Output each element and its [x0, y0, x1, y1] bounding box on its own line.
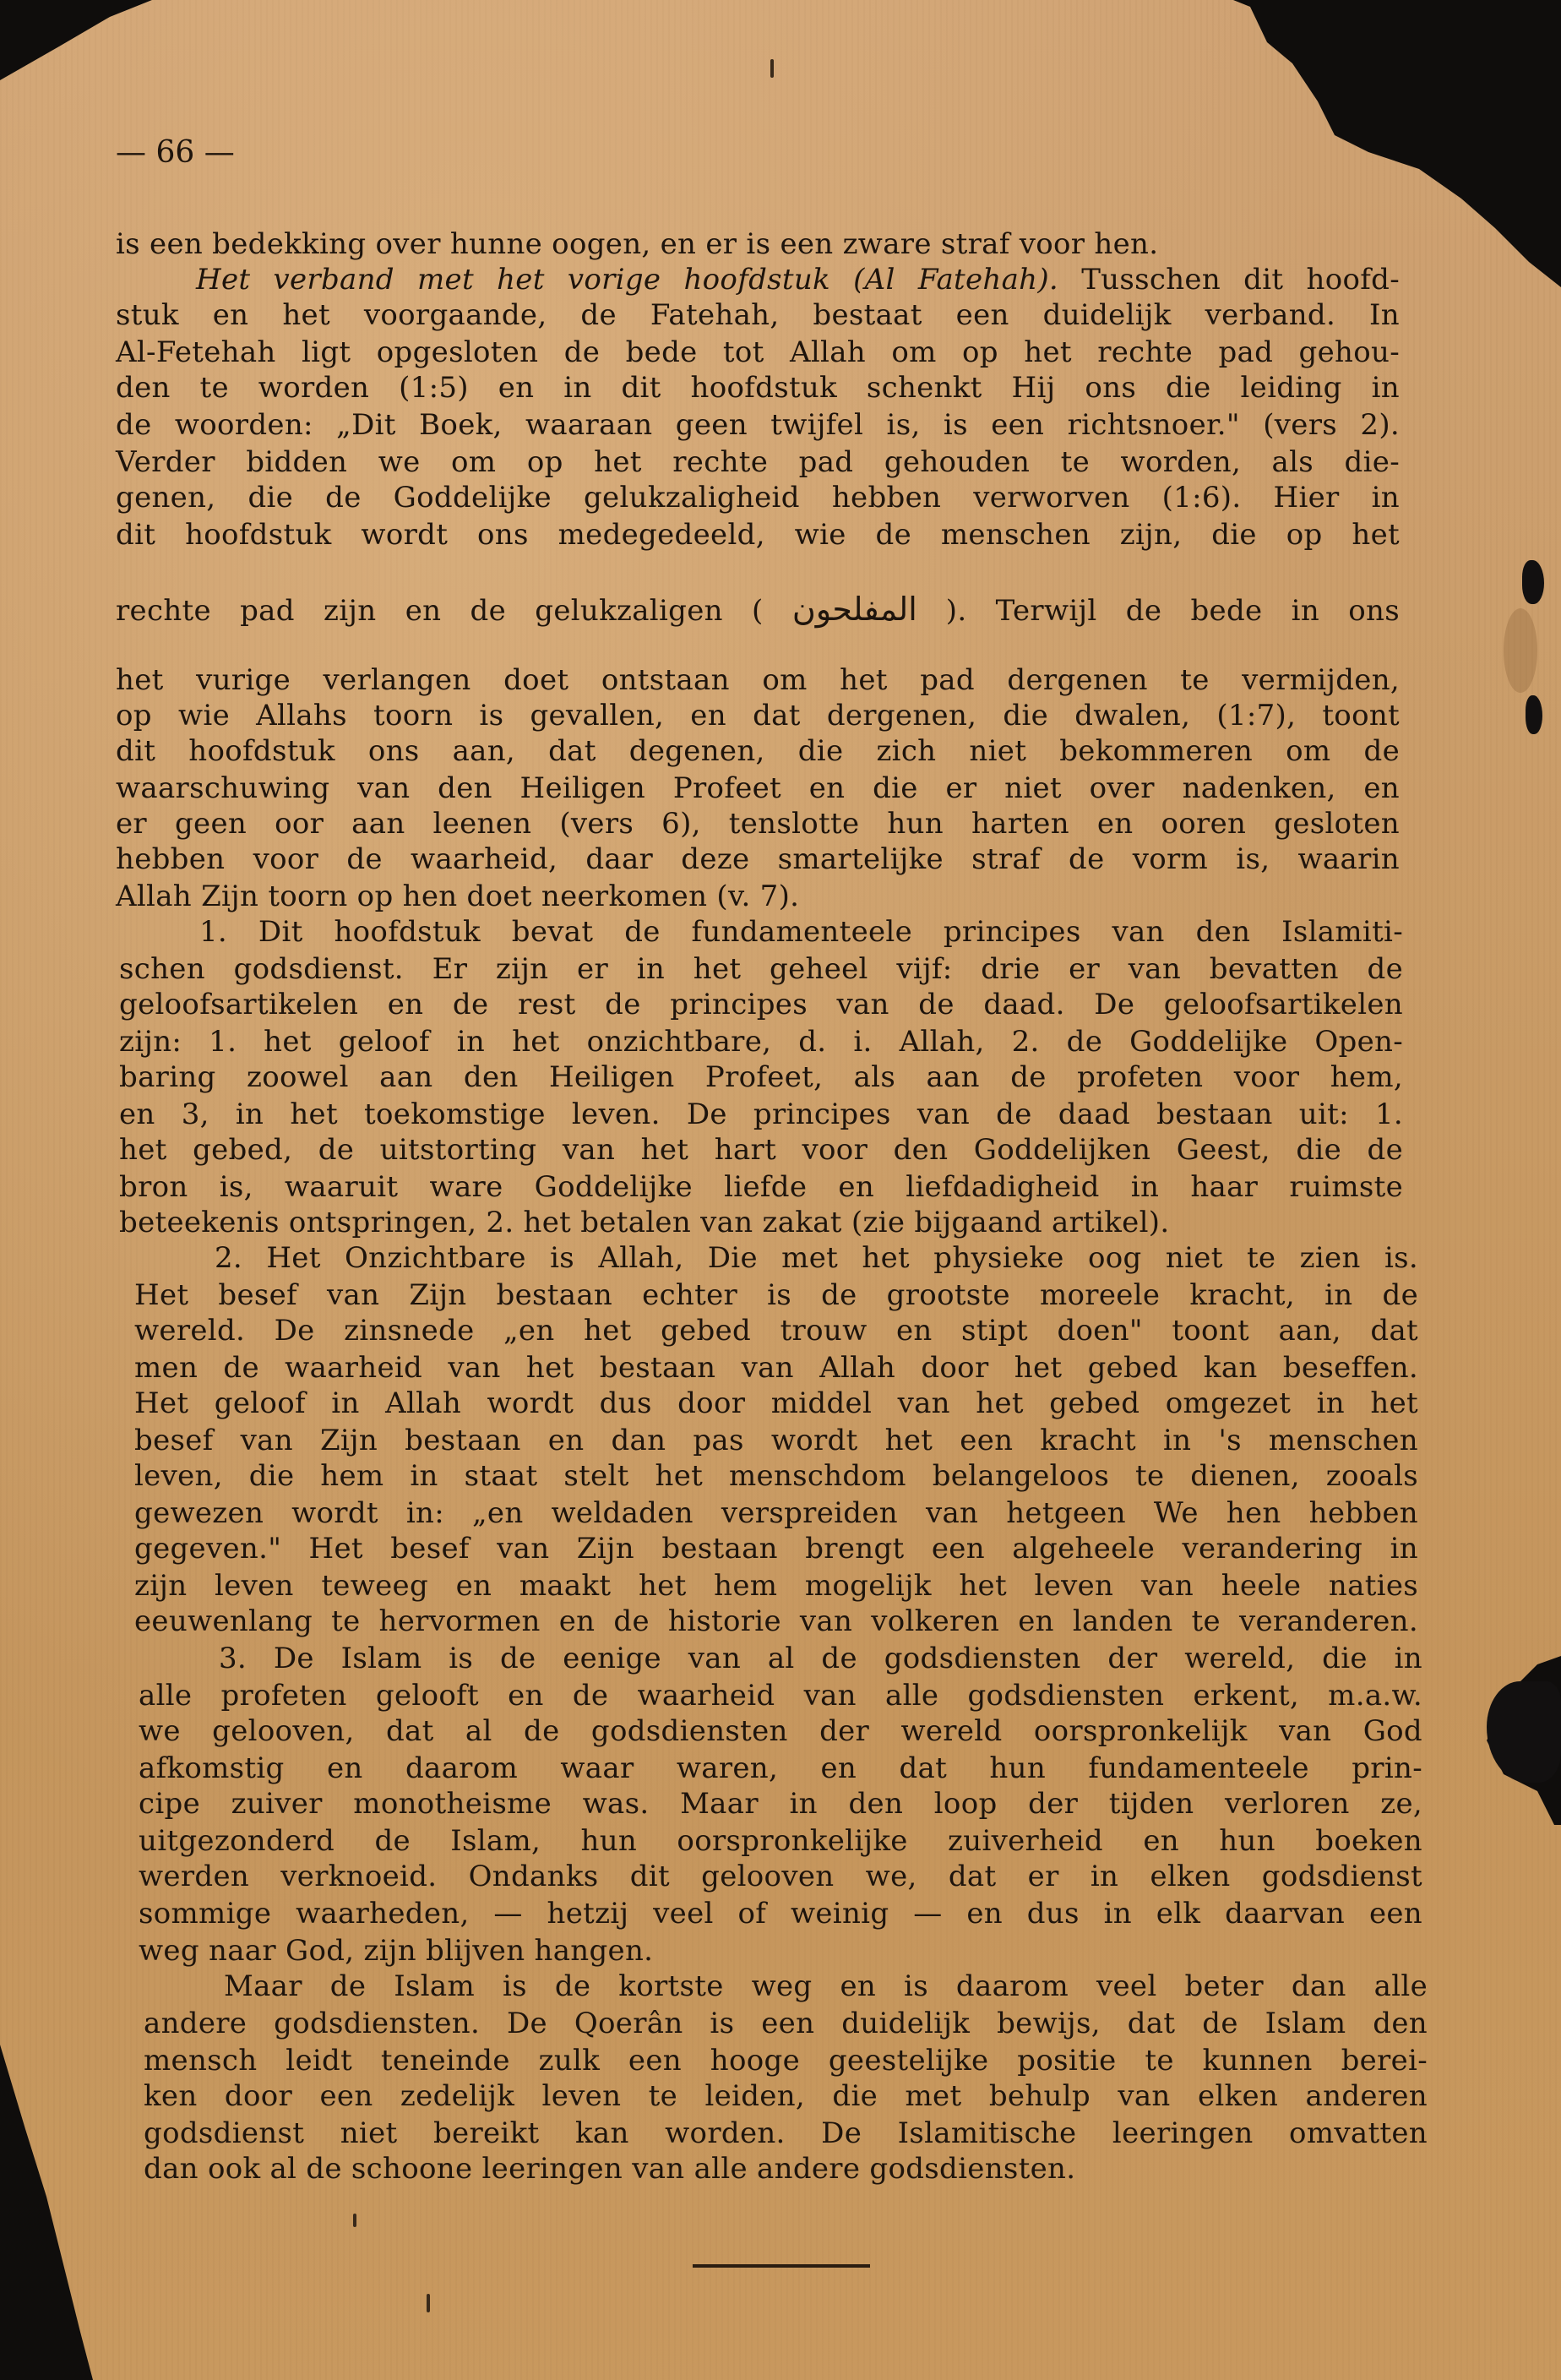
text-fragment: genen, die de Goddelijke gelukzaligheid …: [116, 481, 1400, 515]
text-fragment: het vurige verlangen doet ontstaan om he…: [116, 663, 1400, 697]
text-line: Het verband met het vorige hoofdstuk (Al…: [116, 262, 1400, 297]
section-heading-italic: Het verband met het vorige hoofdstuk (Al…: [196, 263, 1058, 297]
text-line: den te worden (1:5) en in dit hoofdstuk …: [116, 370, 1400, 406]
text-fragment: mensch leidt teneinde zulk een hooge gee…: [144, 2044, 1428, 2078]
text-line: Het besef van Zijn bestaan echter is de …: [134, 1277, 1418, 1313]
paper-hole: [1526, 695, 1542, 734]
text-line: dit hoofdstuk ons aan, dat degenen, die …: [116, 733, 1400, 769]
text-line: 3. De Islam is de eenige van al de godsd…: [139, 1641, 1422, 1676]
text-fragment: afkomstig en daarom waar waren, en dat h…: [139, 1751, 1422, 1785]
text-line: Allah Zijn toorn op hen doet neerkomen (…: [116, 879, 1400, 914]
arabic-term: المفلحون: [792, 591, 917, 628]
text-line: genen, die de Goddelijke gelukzaligheid …: [116, 480, 1400, 515]
text-fragment: waarschuwing van den Heiligen Profeet en…: [116, 771, 1400, 805]
text-fragment: den te worden (1:5) en in dit hoofdstuk …: [116, 371, 1400, 405]
text-line: gewezen wordt in: „en weldaden verspreid…: [134, 1495, 1418, 1531]
text-line: beteekenis ontspringen, 2. het betalen v…: [119, 1205, 1403, 1240]
text-fragment: godsdienst niet bereikt kan worden. De I…: [144, 2116, 1428, 2150]
text-fragment: baring zoowel aan den Heiligen Profeet, …: [119, 1060, 1403, 1094]
text-line: godsdienst niet bereikt kan worden. De I…: [144, 2116, 1428, 2151]
text-fragment: bron is, waaruit ware Goddelijke liefde …: [119, 1170, 1403, 1204]
text-fragment: rechte pad zijn en de gelukzaligen (: [116, 594, 792, 628]
text-line: Al-Fetehah ligt opgesloten de bede tot A…: [116, 335, 1400, 370]
text-fragment: 2. Het Onzichtbare is Allah, Die met het…: [215, 1241, 1418, 1275]
text-fragment: we gelooven, dat al de godsdiensten der …: [139, 1714, 1422, 1748]
text-line: leven, die hem in staat stelt het mensch…: [134, 1458, 1418, 1494]
text-fragment: alle profeten gelooft en de waarheid van…: [139, 1679, 1422, 1713]
text-line: Het geloof in Allah wordt dus door midde…: [134, 1386, 1418, 1421]
text-line: 2. Het Onzichtbare is Allah, Die met het…: [134, 1240, 1418, 1276]
text-line: dit hoofdstuk wordt ons medegedeeld, wie…: [116, 517, 1400, 553]
text-fragment: Het geloof in Allah wordt dus door midde…: [134, 1386, 1418, 1420]
text-line: mensch leidt teneinde zulk een hooge gee…: [144, 2043, 1428, 2078]
text-fragment: sommige waarheden, — hetzij veel of wein…: [139, 1897, 1422, 1931]
text-line: het gebed, de uitstorting van het hart v…: [119, 1132, 1403, 1168]
text-fragment: werden verknoeid. Ondanks dit gelooven w…: [139, 1860, 1422, 1893]
text-fragment: en 3, in het toekomstige leven. De princ…: [119, 1097, 1403, 1131]
text-fragment: weg naar God, zijn blijven hangen.: [139, 1934, 653, 1968]
paper-hole: [1522, 560, 1544, 604]
text-fragment: zijn leven teweeg en maakt het hem mogel…: [134, 1569, 1418, 1603]
ink-speck: [770, 59, 774, 78]
text-line: de woorden: „Dit Boek, waaraan geen twij…: [116, 407, 1400, 443]
text-line: weg naar God, zijn blijven hangen.: [139, 1933, 1422, 1969]
text-fragment: geloofsartikelen en de rest de principes…: [119, 988, 1403, 1021]
text-fragment: hebben voor de waarheid, daar deze smart…: [116, 842, 1400, 876]
text-line: Maar de Islam is de kortste weg en is da…: [144, 1969, 1428, 2004]
text-fragment: is een bedekking over hunne oogen, en er…: [116, 227, 1158, 261]
text-line: 1. Dit hoofdstuk bevat de fundamenteele …: [119, 914, 1403, 950]
text-fragment: ). Terwijl de bede in ons: [917, 594, 1400, 628]
text-line: en 3, in het toekomstige leven. De princ…: [119, 1097, 1403, 1132]
text-fragment: dit hoofdstuk wordt ons medegedeeld, wie…: [116, 518, 1400, 552]
text-line: we gelooven, dat al de godsdiensten der …: [139, 1713, 1422, 1749]
text-fragment: zijn: 1. het geloof in het onzichtbare, …: [119, 1025, 1403, 1059]
text-line: andere godsdiensten. De Qoerân is een du…: [144, 2006, 1428, 2041]
text-fragment: leven, die hem in staat stelt het mensch…: [134, 1459, 1418, 1493]
text-fragment: de woorden: „Dit Boek, waaraan geen twij…: [116, 408, 1400, 442]
text-line: het vurige verlangen doet ontstaan om he…: [116, 662, 1400, 698]
text-line: dan ook al de schoone leeringen van alle…: [144, 2151, 1428, 2187]
text-line: besef van Zijn bestaan en dan pas wordt …: [134, 1423, 1418, 1458]
text-fragment: gegeven." Het besef van Zijn bestaan bre…: [134, 1532, 1418, 1566]
text-fragment: stuk en het voorgaande, de Fatehah, best…: [116, 298, 1400, 332]
text-fragment: besef van Zijn bestaan en dan pas wordt …: [134, 1424, 1418, 1457]
paper-stain: [1504, 608, 1537, 693]
text-line: is een bedekking over hunne oogen, en er…: [116, 226, 1400, 262]
text-fragment: het gebed, de uitstorting van het hart v…: [119, 1133, 1403, 1167]
text-line: rechte pad zijn en de gelukzaligen ( الم…: [116, 591, 1400, 627]
text-fragment: op wie Allahs toorn is gevallen, en dat …: [116, 699, 1400, 733]
text-fragment: schen godsdienst. Er zijn er in het gehe…: [119, 952, 1403, 986]
text-fragment: er geen oor aan leenen (vers 6), tenslot…: [116, 807, 1400, 841]
text-line: uitgezonderd de Islam, hun oorspronkelij…: [139, 1823, 1422, 1859]
text-line: hebben voor de waarheid, daar deze smart…: [116, 841, 1400, 877]
page-number: — 66 —: [116, 135, 235, 170]
text-line: Verder bidden we om op het rechte pad ge…: [116, 444, 1400, 480]
text-fragment: gewezen wordt in: „en weldaden verspreid…: [134, 1496, 1418, 1530]
text-line: alle profeten gelooft en de waarheid van…: [139, 1678, 1422, 1713]
text-line: afkomstig en daarom waar waren, en dat h…: [139, 1751, 1422, 1786]
text-line: op wie Allahs toorn is gevallen, en dat …: [116, 698, 1400, 733]
text-fragment: Maar de Islam is de kortste weg en is da…: [224, 1969, 1428, 2003]
text-line: bron is, waaruit ware Goddelijke liefde …: [119, 1169, 1403, 1205]
text-line: wereld. De zinsnede „en het gebed trouw …: [134, 1313, 1418, 1348]
text-fragment: Het besef van Zijn bestaan echter is de …: [134, 1278, 1418, 1312]
text-line: eeuwenlang te hervormen en de historie v…: [134, 1604, 1418, 1639]
text-line: waarschuwing van den Heiligen Profeet en…: [116, 771, 1400, 806]
text-line: stuk en het voorgaande, de Fatehah, best…: [116, 297, 1400, 333]
text-fragment: Allah Zijn toorn op hen doet neerkomen (…: [116, 880, 799, 913]
text-line: ken door een zedelijk leven te leiden, d…: [144, 2078, 1428, 2114]
text-line: werden verknoeid. Ondanks dit gelooven w…: [139, 1859, 1422, 1894]
text-fragment: Al-Fetehah ligt opgesloten de bede tot A…: [116, 335, 1400, 369]
text-fragment: ken door een zedelijk leven te leiden, d…: [144, 2079, 1428, 2113]
ink-speck: [427, 2294, 430, 2312]
text-fragment: uitgezonderd de Islam, hun oorspronkelij…: [139, 1824, 1422, 1858]
text-line: gegeven." Het besef van Zijn bestaan bre…: [134, 1531, 1418, 1566]
text-fragment: beteekenis ontspringen, 2. het betalen v…: [119, 1206, 1169, 1239]
text-line: schen godsdienst. Er zijn er in het gehe…: [119, 951, 1403, 987]
text-fragment: wereld. De zinsnede „en het gebed trouw …: [134, 1314, 1418, 1348]
text-fragment: men de waarheid van het bestaan van Alla…: [134, 1351, 1418, 1385]
text-fragment: 3. De Islam is de eenige van al de godsd…: [219, 1642, 1422, 1675]
text-fragment: dit hoofdstuk ons aan, dat degenen, die …: [116, 734, 1400, 768]
text-fragment: 1. Dit hoofdstuk bevat de fundamenteele …: [199, 915, 1403, 949]
text-line: men de waarheid van het bestaan van Alla…: [134, 1350, 1418, 1386]
text-line: geloofsartikelen en de rest de principes…: [119, 987, 1403, 1022]
text-fragment: andere godsdiensten. De Qoerân is een du…: [144, 2007, 1428, 2040]
text-line: baring zoowel aan den Heiligen Profeet, …: [119, 1059, 1403, 1095]
text-fragment: cipe zuiver monotheisme was. Maar in den…: [139, 1787, 1422, 1821]
text-line: er geen oor aan leenen (vers 6), tenslot…: [116, 806, 1400, 841]
text-line: sommige waarheden, — hetzij veel of wein…: [139, 1896, 1422, 1931]
text-line: cipe zuiver monotheisme was. Maar in den…: [139, 1786, 1422, 1822]
text-fragment: dan ook al de schoone leeringen van alle…: [144, 2152, 1075, 2186]
ink-speck: [353, 2214, 356, 2227]
text-line: zijn: 1. het geloof in het onzichtbare, …: [119, 1024, 1403, 1059]
text-fragment: Tusschen dit hoofd-: [1058, 263, 1400, 297]
text-fragment: eeuwenlang te hervormen en de historie v…: [134, 1604, 1418, 1638]
text-fragment: Verder bidden we om op het rechte pad ge…: [116, 445, 1400, 479]
text-line: zijn leven teweeg en maakt het hem mogel…: [134, 1568, 1418, 1604]
section-end-rule: [693, 2264, 870, 2268]
